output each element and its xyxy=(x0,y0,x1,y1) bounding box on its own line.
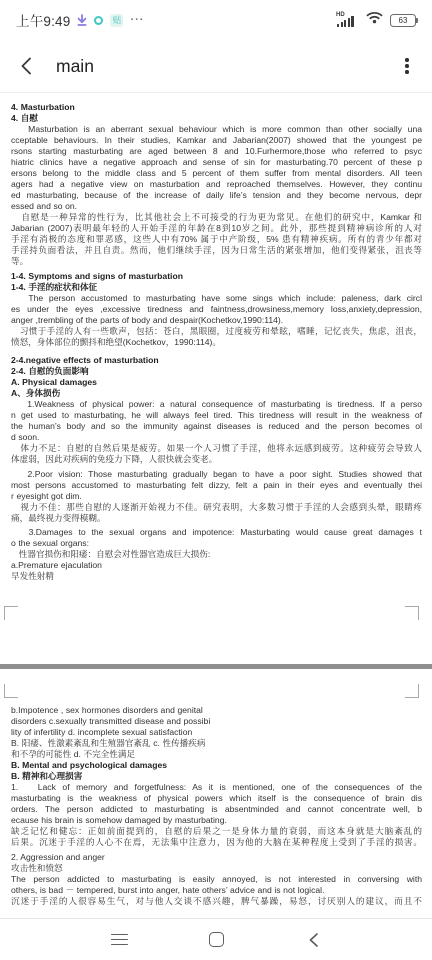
status-bar: 上午9:49 贴 ··· HD 63 xyxy=(0,0,432,40)
battery-percent: 63 xyxy=(399,16,408,25)
doc-line: The person accustomed to masturbating ha… xyxy=(11,293,422,304)
doc-line: the human’s body and so the immunity aga… xyxy=(11,421,422,432)
doc-line: 痛，最终视力变得模糊。 xyxy=(11,513,422,524)
nav-back-button[interactable] xyxy=(298,925,328,955)
doc-line: 视力不佳：那些自慰的人逐渐开始视力不佳。研究表明，大多数习惯于手淫的人会感到头晕… xyxy=(11,502,422,513)
doc-line: es under the eyes ,excessive tiredness a… xyxy=(11,304,422,315)
clock: 上午9:49 xyxy=(16,10,70,30)
doc-line: B. 精神和心理损害 xyxy=(11,771,422,782)
app-header: main xyxy=(0,40,432,93)
doc-line: 4. 自慰 xyxy=(11,113,422,124)
doc-line: essed and so on. xyxy=(11,201,422,212)
doc-line: 自慰是一种异常的性行为，比其他社会上不可接受的行为更为常见。在他们的研究中，Ka… xyxy=(11,212,422,223)
menu-icon xyxy=(111,934,128,946)
doc-line: others, is bad － tempered, burst into an… xyxy=(11,885,422,896)
recents-menu-button[interactable] xyxy=(104,925,134,955)
document-page-1: 4. Masturbation4. 自慰 Masturbation is an … xyxy=(11,102,422,582)
doc-line: hiatric clinics have a negative approach… xyxy=(11,157,422,168)
page1-bottom-right-corner-mark xyxy=(405,606,419,620)
home-icon xyxy=(209,932,224,947)
doc-line: masturbating is the weakness of physical… xyxy=(11,793,422,804)
doc-line: disorders c.sexually transmitted disease… xyxy=(11,716,422,727)
doc-line: 3.Damages to the sexual organs and impot… xyxy=(11,527,422,538)
document-page-2: b.Impotence , sex hormones disorders and… xyxy=(11,705,422,907)
doc-line: 体力不足：自慰的自然后果是疲劳。如果一个人习惯了手淫，他将永远感到疲劳。这种疲劳… xyxy=(11,443,422,454)
sticker-notification-icon: 贴 xyxy=(110,14,123,27)
doc-line: 1.Weakness of physical power: a natural … xyxy=(11,399,422,410)
status-bar-right: HD 63 xyxy=(336,11,416,29)
doc-line: A、身体损伤 xyxy=(11,388,422,399)
page1-bottom-left-corner-mark xyxy=(4,606,18,620)
back-button[interactable] xyxy=(17,54,35,78)
doc-line: 早发性射精 xyxy=(11,571,422,582)
system-nav-bar xyxy=(0,918,432,960)
doc-line: rsons starting masturbating are aged bet… xyxy=(11,146,422,157)
doc-line: o the sexual organs: xyxy=(11,538,422,549)
doc-line: orders. The person addicted to masturbat… xyxy=(11,804,422,815)
doc-line: ed masturbating, because of the increase… xyxy=(11,190,422,201)
doc-line: The person addicted to masturbating is e… xyxy=(11,874,422,885)
doc-line: b.Impotence , sex hormones disorders and… xyxy=(11,705,422,716)
page2-top-left-corner-mark xyxy=(4,684,18,698)
doc-line: A. Physical damages xyxy=(11,377,422,388)
doc-line: agers had a negative view on masturbatio… xyxy=(11,179,422,190)
doc-line: 手淫持负面看法，并且自责。然而，他们继续手淫，因为日常生活的紧张增加，他们变得紧… xyxy=(11,245,422,256)
download-notification-icon xyxy=(77,14,87,26)
phone-screen: 上午9:49 贴 ··· HD 63 main xyxy=(0,0,432,960)
doc-line: 1-4. 手淫的症状和体征 xyxy=(11,282,422,293)
doc-line: r eyesight got dim. xyxy=(11,491,422,502)
doc-line: 攻击性和愤怒 xyxy=(11,863,422,874)
doc-line: ecause his brain is somehow damaged by m… xyxy=(11,815,422,826)
doc-line: anger ,trembling of the parts of body an… xyxy=(11,315,422,326)
doc-line: 2-4.negative effects of masturbation xyxy=(11,355,422,366)
document-scroll-area[interactable]: 4. Masturbation4. 自慰 Masturbation is an … xyxy=(0,94,432,918)
doc-line: 愤怒，身体部位的颤抖和绝望(Kochetkov，1990:114)。 xyxy=(11,337,422,348)
doc-line: 缺乏记忆和健忘：正如前面提到的，自慰的后果之一是身体力量的衰弱，而这本身就是大脑… xyxy=(11,826,422,837)
back-chevron-icon xyxy=(308,932,319,948)
doc-line: 2.Poor vision: Those masturbating gradua… xyxy=(11,469,422,480)
doc-line: 沉迷于手淫的人很容易生气，对与他人交谈不感兴趣，脾气暴躁，易怒，讨厌别人的建议，… xyxy=(11,896,422,907)
app-notification-icon xyxy=(94,16,103,25)
overflow-menu-button[interactable] xyxy=(399,54,415,78)
doc-line: Jabarian (2007)表明最年轻的人开始手淫的年龄在8到10岁之间。此外… xyxy=(11,223,422,234)
doc-line: 和不孕的可能性 d. 不完全性满足 xyxy=(11,749,422,760)
doc-line: ersons belong to the middle class and 5 … xyxy=(11,168,422,179)
page-title: main xyxy=(56,56,94,77)
doc-line: 2-4. 自慰的负面影响 xyxy=(11,366,422,377)
doc-line: a.Premature ejaculation xyxy=(11,560,422,571)
page2-top-right-corner-mark xyxy=(405,684,419,698)
doc-line: Masturbation is an aberrant sexual behav… xyxy=(11,124,422,135)
doc-line: 4. Masturbation xyxy=(11,102,422,113)
doc-line: B. Mental and psychological damages xyxy=(11,760,422,771)
battery-icon: 63 xyxy=(390,14,416,27)
doc-line: most persons accustomed to masturbating … xyxy=(11,480,422,491)
page-break-divider xyxy=(0,664,432,669)
doc-line: 1-4. Symptoms and signs of masturbation xyxy=(11,271,422,282)
battery-nub xyxy=(416,18,418,23)
doc-line: 性器官损伤和阳痿：自慰会对性器官造成巨大损伤: xyxy=(11,549,422,560)
doc-line: 等。 xyxy=(11,256,422,267)
more-notifications-icon: ··· xyxy=(130,14,144,26)
cellular-signal-icon: HD xyxy=(336,12,359,29)
doc-line: cceptable behaviours. In their studies, … xyxy=(11,135,422,146)
doc-line: n get used to masturbating, he will alwa… xyxy=(11,410,422,421)
doc-line: 手淫有消极的态度和罪恶感，这些人中有70% 属于中产阶级，5% 患有精神疾病。所… xyxy=(11,234,422,245)
doc-line: 后果。沉迷于手淫的人心不在焉，无法集中注意力，因为他的大脑在某种程度上受到了手淫… xyxy=(11,837,422,848)
wifi-icon xyxy=(366,11,383,29)
doc-line: 习惯于手淫的人有一些歌声，包括：苍白，黑眼圈，过度疲劳和晕眩，嗜睡，记忆丧失，焦… xyxy=(11,326,422,337)
home-button[interactable] xyxy=(201,925,231,955)
doc-line: B. 阳痿、性激素紊乱和生殖器官紊乱 c. 性传播疾病 xyxy=(11,738,422,749)
doc-line: 体虚弱，因此对疾病的免疫力下降，人很快就会变老。 xyxy=(11,454,422,465)
doc-line: 2. Aggression and anger xyxy=(11,852,422,863)
status-bar-left: 上午9:49 贴 ··· xyxy=(16,10,144,30)
doc-line: lity of infertility d. incomplete sexual… xyxy=(11,727,422,738)
doc-line: 1. Lack of memory and forgetfulness: As … xyxy=(11,782,422,793)
doc-line: d soon. xyxy=(11,432,422,443)
